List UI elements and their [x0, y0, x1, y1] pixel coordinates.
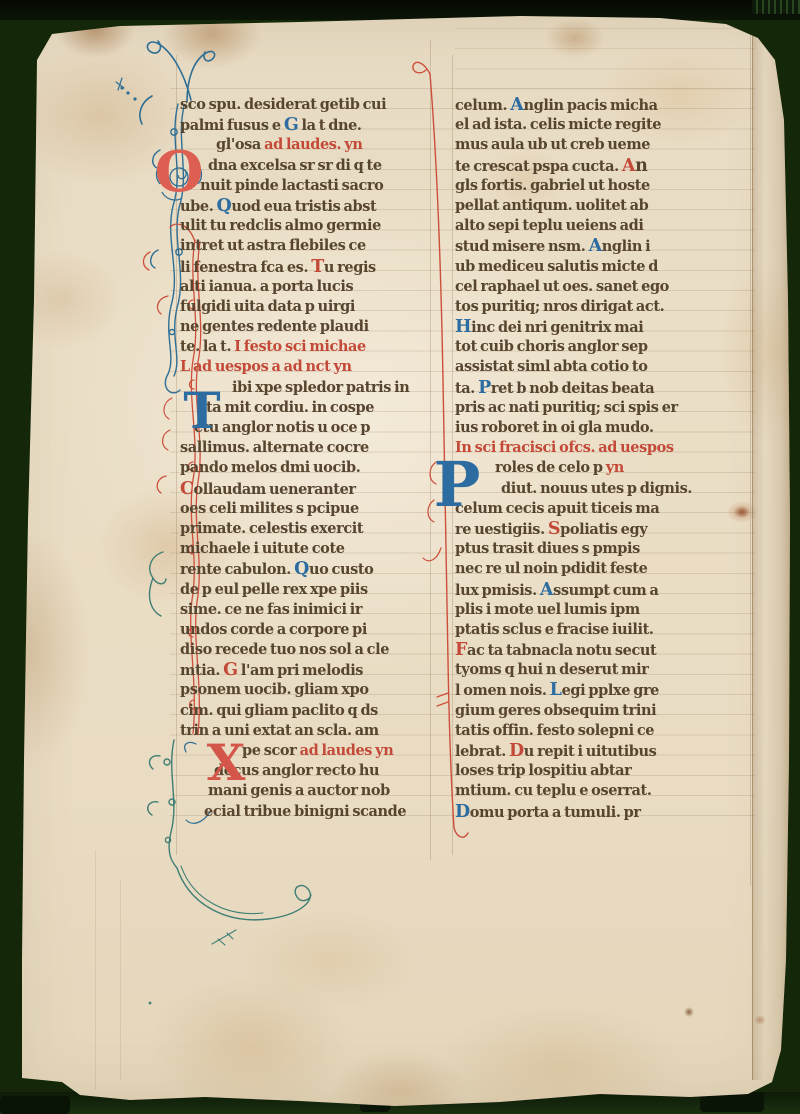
text-segment: tos puritiq; nros dirigat act. [455, 298, 664, 315]
flourish-teal-left [150, 552, 166, 616]
text-segment: u repit i uitutibus [524, 743, 657, 760]
text-segment: nglin pacis micha [523, 97, 657, 114]
text-segment: primate. celestis exercit [180, 520, 363, 537]
text-segment: ac ta tabnacla notu secut [467, 642, 656, 659]
text-segment: F [455, 640, 467, 660]
text-segment: ta. [455, 380, 478, 397]
text-segment: I festo sci michae [234, 338, 366, 355]
text-segment: celum cecis apuit ticeis ma [455, 500, 659, 517]
initial-letter: P [430, 454, 484, 516]
text-segment: n [635, 156, 647, 176]
text-segment: gls fortis. gabriel ut hoste [455, 177, 650, 194]
text-line: In sci fracisci ofcs. ad uespos [455, 438, 755, 458]
text-line: tos puritiq; nros dirigat act. [455, 297, 755, 317]
text-segment: tatis offin. festo solepni ce [455, 722, 654, 739]
illuminated-initial-o: O [144, 144, 214, 214]
text-segment: intret ut astra flebiles ce [180, 237, 366, 254]
text-segment: S [548, 519, 560, 539]
text-line: primate. celestis exercit [180, 519, 432, 539]
text-line: te. la t. I festo sci michae [180, 337, 432, 357]
text-segment: celum. [455, 97, 510, 114]
text-segment: ibi xpe spledor patris in [232, 379, 409, 396]
text-segment: gl'osa [216, 136, 264, 153]
text-segment: palmi fusus e [180, 117, 284, 134]
text-segment: de p eul pelle rex xpe piis [180, 581, 368, 598]
initial-letter: X [196, 738, 256, 788]
text-segment: el ad ista. celis micte regite [455, 116, 661, 133]
text-line: te crescat pspa cucta. An [455, 156, 755, 176]
text-line: tatis offin. festo solepni ce [455, 721, 755, 741]
text-segment: alti ianua. a porta lucis [180, 278, 353, 295]
text-line: psonem uocib. gliam xpo [180, 680, 432, 700]
text-line: lebrat. Du repit i uitutibus [455, 741, 755, 761]
text-segment: ssumpt cum a [553, 582, 658, 599]
manuscript-page: O T X P sco spu. desiderat getib cuipalm… [0, 0, 800, 1114]
text-line: diut. nouus utes p dignis. [455, 479, 755, 499]
text-segment: tyoms q hui n deserut mir [455, 661, 648, 678]
text-segment: A [540, 580, 553, 600]
text-line: sco spu. desiderat getib cui [180, 95, 432, 115]
text-line: ulit tu redclis almo germie [180, 216, 432, 236]
text-segment: ulit tu redclis almo germie [180, 217, 381, 234]
text-line: assistat siml abta cotio to [455, 357, 755, 377]
text-segment: sime. ce ne fas inimici ir [180, 601, 362, 618]
text-line: nuit pinde lactasti sacro [180, 176, 432, 196]
text-segment: mtium. cu teplu e oserrat. [455, 782, 651, 799]
text-line: stud misere nsm. Anglin i [455, 236, 755, 256]
table-shadow-top [0, 0, 800, 20]
text-line: fulgidi uita data p uirgi [180, 297, 432, 317]
text-line: palmi fusus e G la t dne. [180, 115, 432, 135]
text-segment: te crescat pspa cucta. [455, 158, 622, 175]
text-segment: la t dne. [298, 117, 361, 134]
text-line: rente cabulon. Quo custo [180, 559, 432, 579]
table-shadow-patch [0, 1096, 70, 1114]
text-line: Hinc dei nri genitrix mai [455, 317, 755, 337]
text-segment: nec re ul noin pdidit feste [455, 560, 647, 577]
text-segment: sco spu. desiderat getib cui [180, 96, 386, 113]
parchment-crease [95, 850, 96, 1090]
text-line: sime. ce ne fas inimici ir [180, 600, 432, 620]
page-corner-frays [752, 0, 800, 14]
text-line: celum. Anglin pacis micha [455, 95, 755, 115]
text-line: plis i mote uel lumis ipm [455, 600, 755, 620]
text-segment: te. la t. [180, 338, 234, 355]
text-line: oes celi milites s pcipue [180, 499, 432, 519]
text-segment: cim. qui gliam paclito q ds [180, 702, 378, 719]
text-line: sallimus. alternate cocre [180, 438, 432, 458]
text-segment: diut. nouus utes p dignis. [501, 480, 692, 497]
text-line: gium geres obsequim trini [455, 701, 755, 721]
text-line: Domu porta a tumuli. pr [455, 802, 755, 822]
text-segment: sallimus. alternate cocre [180, 439, 369, 456]
text-line: L ad uespos a ad nct yn [180, 357, 432, 377]
text-line: loses trip lospitiu abtar [455, 761, 755, 781]
text-segment: ecial tribue binigni scande [204, 803, 406, 820]
text-line: re uestigiis. Spoliatis egy [455, 519, 755, 539]
text-segment: yn [606, 459, 624, 476]
text-line: mtium. cu teplu e oserrat. [455, 781, 755, 801]
text-line: pando melos dmi uocib. [180, 458, 432, 478]
text-segment: uod eua tristis abst [231, 198, 376, 215]
text-line: dna excelsa sr sr di q te [180, 156, 432, 176]
text-segment: pris ac nati puritiq; sci spis er [455, 399, 678, 416]
text-segment: A [622, 156, 635, 176]
text-segment: loses trip lospitiu abtar [455, 762, 631, 779]
text-line: lux pmisis. Assumpt cum a [455, 580, 755, 600]
text-line: el ad ista. celis micte regite [455, 115, 755, 135]
text-segment: oes celi milites s pcipue [180, 500, 359, 517]
text-segment: psonem uocib. gliam xpo [180, 681, 369, 698]
text-line: diso recede tuo nos sol a cle [180, 640, 432, 660]
text-segment: ollaudam ueneranter [194, 481, 356, 498]
text-segment: L ad uespos a ad nct yn [180, 358, 352, 375]
text-segment: assistat siml abta cotio to [455, 358, 647, 375]
text-line: cim. qui gliam paclito q ds [180, 701, 432, 721]
text-segment: plis i mote uel lumis ipm [455, 601, 640, 618]
text-segment: rente cabulon. [180, 561, 294, 578]
text-segment: G [284, 115, 299, 135]
text-segment: ub mediceu salutis micte d [455, 258, 658, 275]
text-line: intret ut astra flebiles ce [180, 236, 432, 256]
text-segment: tot cuib choris anglor sep [455, 338, 648, 355]
text-segment: undos corde a corpore pi [180, 621, 367, 638]
text-line: li fenestra fca es. Tu regis [180, 257, 432, 277]
text-segment: G [223, 660, 238, 680]
text-segment: C [180, 479, 194, 499]
text-segment: pando melos dmi uocib. [180, 459, 360, 476]
text-segment: u regis [324, 259, 376, 276]
text-column-right: celum. Anglin pacis michael ad ista. cel… [455, 95, 755, 822]
text-line: mus aula ub ut creb ueme [455, 135, 755, 155]
text-line: tyoms q hui n deserut mir [455, 660, 755, 680]
photographed-book-scene: { "manuscript": { "description": "mediev… [0, 0, 800, 1114]
text-segment: ne gentes redente plaudi [180, 318, 369, 335]
text-column-left: sco spu. desiderat getib cuipalmi fusus … [180, 95, 432, 822]
text-segment: alto sepi teplu ueiens adi [455, 217, 643, 234]
text-segment: poliatis egy [560, 521, 647, 538]
text-line: mtia. G l'am pri melodis [180, 660, 432, 680]
text-segment: ad laudes yn [300, 742, 394, 759]
text-segment: li fenestra fca es. [180, 259, 311, 276]
text-line: gls fortis. gabriel ut hoste [455, 176, 755, 196]
text-line: Collaudam ueneranter [180, 479, 432, 499]
text-line: nec re ul noin pdidit feste [455, 559, 755, 579]
text-line: ube. Quod eua tristis abst [180, 196, 432, 216]
text-segment: inc dei nri genitrix mai [471, 319, 643, 336]
ruling-horizontal-top [455, 28, 755, 90]
text-line: ptus trasit diues s pmpis [455, 539, 755, 559]
text-segment: dna excelsa sr sr di q te [208, 157, 382, 174]
text-line: michaele i uitute cote [180, 539, 432, 559]
text-segment: T [311, 257, 324, 277]
text-segment: diso recede tuo nos sol a cle [180, 641, 389, 658]
text-line: ta. Pret b nob deitas beata [455, 378, 755, 398]
text-line: Fac ta tabnacla notu secut [455, 640, 755, 660]
text-line: alti ianua. a porta lucis [180, 277, 432, 297]
text-segment: egi pplxe gre [562, 682, 659, 699]
text-segment: roles de celo p [495, 459, 606, 476]
text-segment: Q [294, 559, 309, 579]
text-segment: pellat antiqum. uolitet ab [455, 197, 648, 214]
text-segment: fulgidi uita data p uirgi [180, 298, 355, 315]
text-segment: H [455, 317, 471, 337]
text-segment: mus aula ub ut creb ueme [455, 136, 650, 153]
text-segment: re uestigiis. [455, 521, 548, 538]
text-segment: mtia. [180, 662, 223, 679]
text-segment: michaele i uitute cote [180, 540, 345, 557]
text-segment: omu porta a tumuli. pr [470, 804, 641, 821]
text-segment: nglin i [602, 238, 651, 255]
text-segment: D [509, 741, 524, 761]
text-segment: nuit pinde lactasti sacro [200, 177, 383, 194]
text-line: ptatis sclus e fracise iuilit. [455, 620, 755, 640]
text-line: cel raphael ut oes. sanet ego [455, 277, 755, 297]
text-line: undos corde a corpore pi [180, 620, 432, 640]
text-segment: gium geres obsequim trini [455, 702, 656, 719]
text-segment: l omen nois. [455, 682, 550, 699]
text-segment: cel raphael ut oes. sanet ego [455, 278, 669, 295]
text-line: roles de celo p yn [455, 458, 755, 478]
initial-letter: O [144, 144, 214, 200]
text-segment: P [478, 378, 491, 398]
text-segment: D [455, 802, 470, 822]
text-segment: ius roboret in oi gla mudo. [455, 419, 654, 436]
text-line: ub mediceu salutis micte d [455, 257, 755, 277]
text-segment: lebrat. [455, 743, 509, 760]
text-segment: A [589, 236, 602, 256]
text-segment: l'am pri melodis [238, 662, 363, 679]
text-line: de p eul pelle rex xpe piis [180, 580, 432, 600]
text-line: pellat antiqum. uolitet ab [455, 196, 755, 216]
text-segment: ptus trasit diues s pmpis [455, 540, 640, 557]
text-line: tot cuib choris anglor sep [455, 337, 755, 357]
text-segment: Q [217, 196, 232, 216]
text-segment: stud misere nsm. [455, 238, 589, 255]
parchment-crease [120, 880, 121, 1080]
text-line: pris ac nati puritiq; sci spis er [455, 398, 755, 418]
text-segment: ret b nob deitas beata [491, 380, 654, 397]
text-segment: uo custo [309, 561, 373, 578]
text-line: l omen nois. Legi pplxe gre [455, 680, 755, 700]
text-segment: ptatis sclus e fracise iuilit. [455, 621, 654, 638]
filigree-red-initial-t [163, 398, 172, 450]
text-line: ius roboret in oi gla mudo. [455, 418, 755, 438]
text-line: ecial tribue binigni scande [180, 802, 432, 822]
text-line: ne gentes redente plaudi [180, 317, 432, 337]
page-fore-edge [752, 30, 793, 1080]
initial-letter: T [172, 386, 232, 436]
text-segment: ad laudes. yn [264, 136, 362, 153]
text-segment: In sci fracisci ofcs. ad uespos [455, 439, 674, 456]
text-segment: lux pmisis. [455, 582, 540, 599]
text-line: alto sepi teplu ueiens adi [455, 216, 755, 236]
text-segment: A [510, 95, 523, 115]
text-segment: L [550, 680, 562, 700]
text-line: celum cecis apuit ticeis ma [455, 499, 755, 519]
text-line: gl'osa ad laudes. yn [180, 135, 432, 155]
